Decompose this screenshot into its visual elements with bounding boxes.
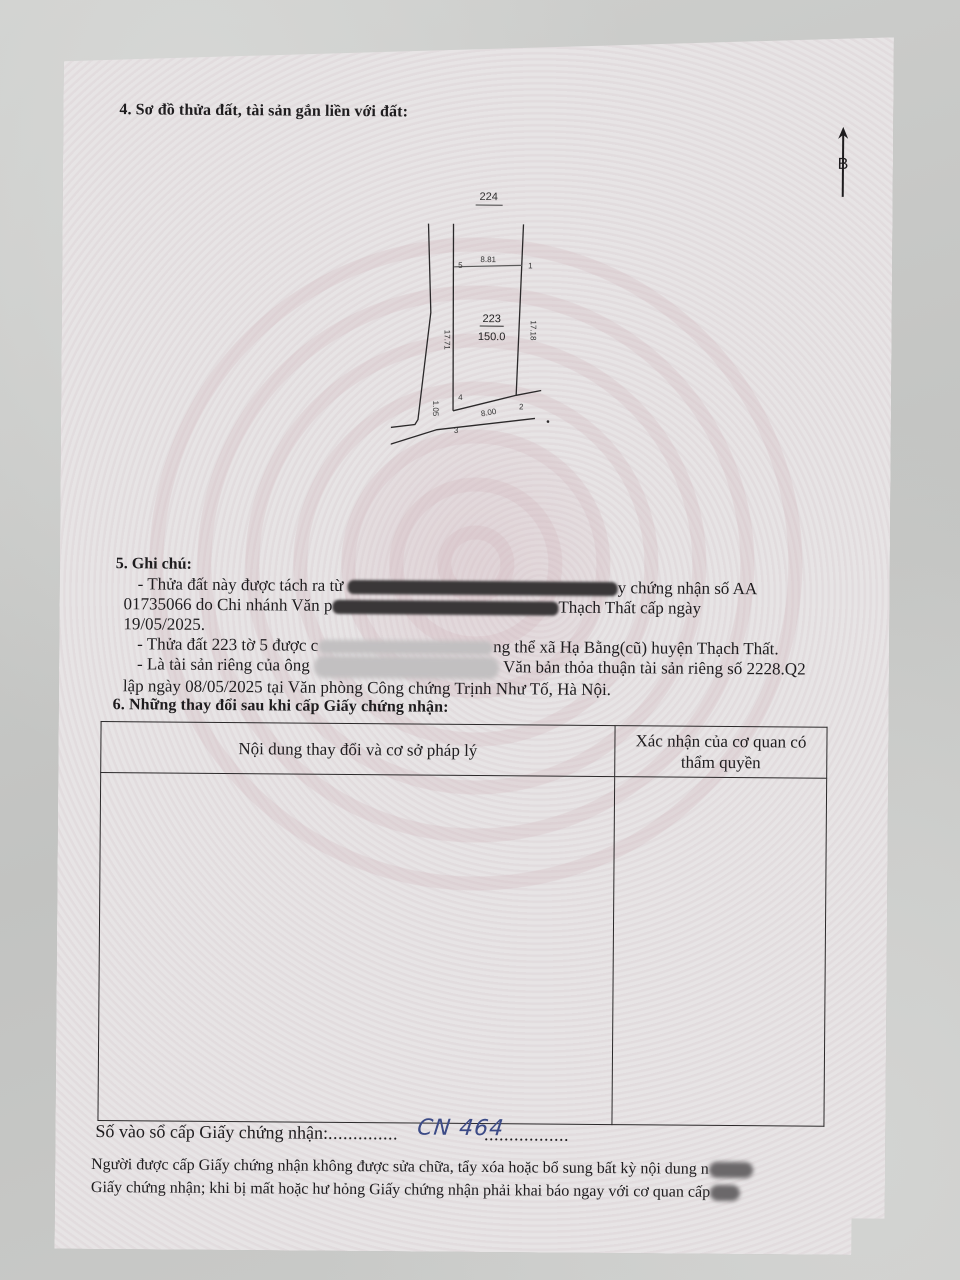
svg-text:5: 5 [458,261,463,270]
svg-text:1: 1 [528,261,533,270]
footer-warning: Người được cấp Giấy chứng nhận không đượ… [91,1153,851,1205]
redacted-text [710,1185,740,1201]
table-row-empty [98,773,827,1127]
svg-text:2: 2 [519,402,524,411]
redacted-text [709,1162,753,1178]
redacted-text [348,580,618,596]
svg-text:8.81: 8.81 [480,255,496,264]
svg-text:3: 3 [454,426,459,435]
certificate-page: 4. Sơ đồ thửa đất, tài sản gắn liền với … [54,31,894,1255]
north-arrow-icon: B [833,127,854,199]
svg-text:17.18: 17.18 [529,320,538,341]
change-content-cell [98,773,615,1125]
registration-number-value: CN 464 [416,1116,506,1142]
redacted-text [318,640,493,655]
svg-text:1.05: 1.05 [431,401,440,417]
adjacent-parcel-label: 224 [479,191,497,203]
header-change-content: Nội dung thay đổi và cơ sở pháp lý [101,722,615,777]
redacted-name [314,656,499,679]
redacted-text [332,600,558,616]
svg-text:223: 223 [483,313,501,325]
svg-text:17.71: 17.71 [443,330,452,351]
changes-table: Nội dung thay đổi và cơ sở pháp lý Xác n… [97,721,827,1127]
confirmation-cell [612,777,827,1127]
header-authority-confirmation: Xác nhận của cơ quan có thẩm quyền [615,726,827,779]
parcel-diagram: 224 5 1 2 3 4 8.81 8.00 17.71 17.18 [391,187,563,458]
svg-text:8.00: 8.00 [480,407,497,419]
notes-section: 5. Ghi chú: - Thửa đất này được tách ra … [115,554,876,702]
section-4-title: 4. Sơ đồ thửa đất, tài sản gắn liền với … [119,101,408,121]
north-label: B [838,156,849,173]
svg-text:4: 4 [458,393,463,402]
svg-text:150.0: 150.0 [478,331,506,343]
section-6-title: 6. Những thay đổi sau khi cấp Giấy chứng… [113,696,449,717]
